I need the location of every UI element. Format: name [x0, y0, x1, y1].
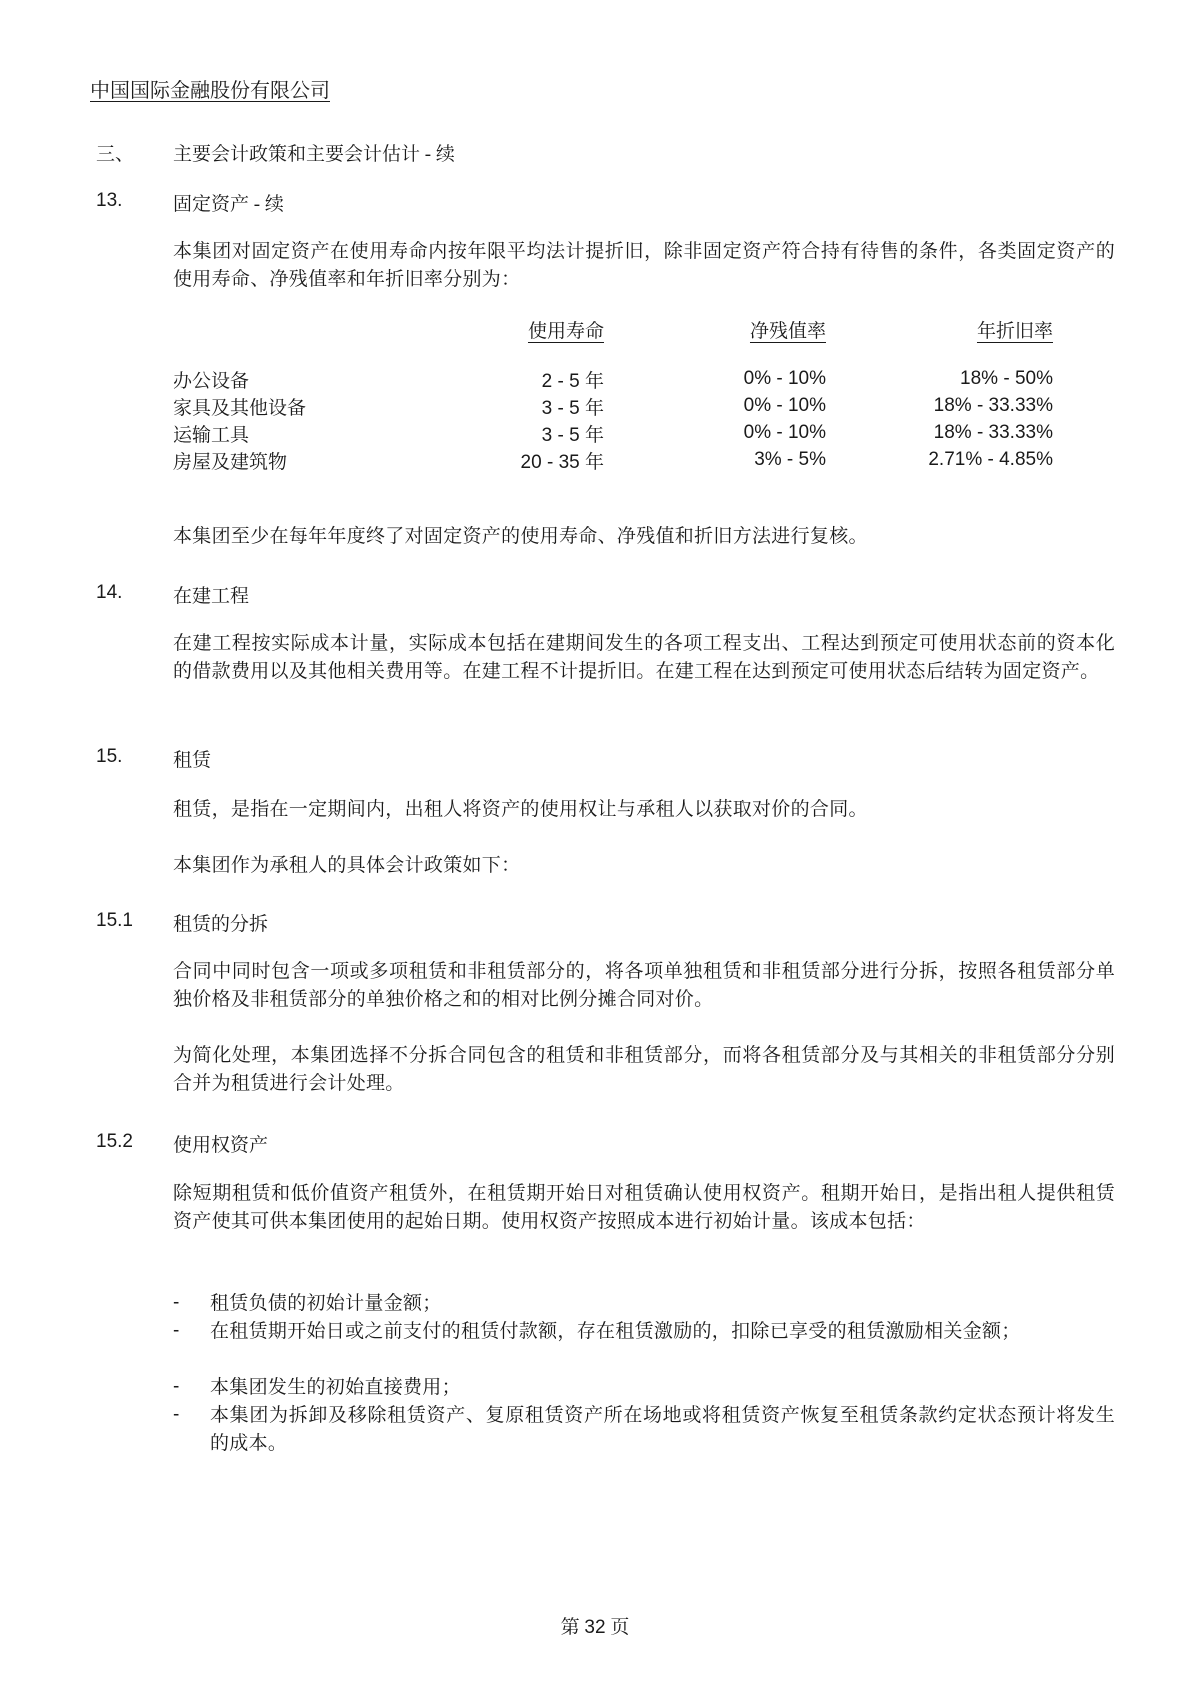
column-header-depreciation-rate: 年折旧率: [977, 316, 1053, 343]
row-label: 家具及其他设备: [173, 393, 306, 420]
item-13-paragraph: 本集团对固定资产在使用寿命内按年限平均法计提折旧，除非固定资产符合持有待售的条件…: [173, 238, 1115, 294]
item-15-1-paragraph-1: 合同中同时包含一项或多项租赁和非租赁部分的，将各项单独租赁和非租赁部分进行分拆，…: [173, 958, 1115, 1014]
useful-life-value: 20 - 35 年: [521, 447, 604, 474]
bullet-text: 本集团发生的初始直接费用；: [210, 1374, 1115, 1402]
column-header-useful-life: 使用寿命: [528, 316, 604, 343]
item-15-1-title: 租赁的分拆: [173, 909, 268, 936]
depreciation-rate-value: 18% - 33.33%: [934, 422, 1053, 444]
item-14-number: 14.: [96, 582, 122, 604]
item-15-paragraph-2: 本集团作为承租人的具体会计政策如下：: [173, 852, 1115, 880]
residual-rate-value: 0% - 10%: [744, 395, 826, 417]
residual-rate-value: 0% - 10%: [744, 422, 826, 444]
item-15-2-number: 15.2: [96, 1131, 133, 1153]
item-15-number: 15.: [96, 746, 122, 768]
bullet-text: 租赁负债的初始计量金额；: [210, 1290, 1115, 1318]
company-name-header: 中国国际金融股份有限公司: [90, 74, 330, 103]
depreciation-rate-value: 2.71% - 4.85%: [928, 449, 1053, 471]
useful-life-value: 3 - 5 年: [542, 393, 604, 420]
item-13-title: 固定资产 - 续: [173, 189, 284, 216]
depreciation-rate-value: 18% - 50%: [960, 368, 1053, 390]
dash-bullet-icon: -: [173, 1404, 179, 1426]
column-header-residual-rate: 净残值率: [750, 316, 826, 343]
row-label: 房屋及建筑物: [173, 447, 287, 474]
item-15-1-paragraph-2: 为简化处理，本集团选择不分拆合同包含的租赁和非租赁部分，而将各租赁部分及与其相关…: [173, 1042, 1115, 1098]
item-13-review-paragraph: 本集团至少在每年年度终了对固定资产的使用寿命、净残值和折旧方法进行复核。: [173, 523, 1115, 551]
depreciation-rate-value: 18% - 33.33%: [934, 395, 1053, 417]
page-suffix: 页: [610, 1617, 629, 1638]
dash-bullet-icon: -: [173, 1376, 179, 1398]
item-15-2-title: 使用权资产: [173, 1130, 268, 1157]
item-15-title: 租赁: [173, 745, 211, 772]
item-14-paragraph: 在建工程按实际成本计量，实际成本包括在建期间发生的各项工程支出、工程达到预定可使…: [173, 630, 1115, 686]
section-title: 主要会计政策和主要会计估计 - 续: [173, 139, 455, 166]
useful-life-value: 3 - 5 年: [542, 420, 604, 447]
bullet-text: 在租赁期开始日或之前支付的租赁付款额，存在租赁激励的，扣除已享受的租赁激励相关金…: [210, 1318, 1115, 1346]
item-14-title: 在建工程: [173, 581, 249, 608]
item-15-1-number: 15.1: [96, 910, 133, 932]
residual-rate-value: 3% - 5%: [754, 449, 826, 471]
section-number: 三、: [96, 139, 134, 166]
page-number: 32: [584, 1617, 605, 1638]
bullet-text: 本集团为拆卸及移除租赁资产、复原租赁资产所在场地或将租赁资产恢复至租赁条款约定状…: [210, 1402, 1115, 1458]
item-15-2-paragraph: 除短期租赁和低价值资产租赁外，在租赁期开始日对租赁确认使用权资产。租期开始日，是…: [173, 1180, 1115, 1236]
item-15-paragraph-1: 租赁，是指在一定期间内，出租人将资产的使用权让与承租人以获取对价的合同。: [173, 796, 1115, 824]
page-prefix: 第: [561, 1617, 580, 1638]
row-label: 运输工具: [173, 420, 249, 447]
page-footer: 第 32 页: [0, 1612, 1190, 1639]
residual-rate-value: 0% - 10%: [744, 368, 826, 390]
item-13-number: 13.: [96, 190, 122, 212]
useful-life-value: 2 - 5 年: [542, 366, 604, 393]
row-label: 办公设备: [173, 366, 249, 393]
dash-bullet-icon: -: [173, 1292, 179, 1314]
dash-bullet-icon: -: [173, 1320, 179, 1342]
